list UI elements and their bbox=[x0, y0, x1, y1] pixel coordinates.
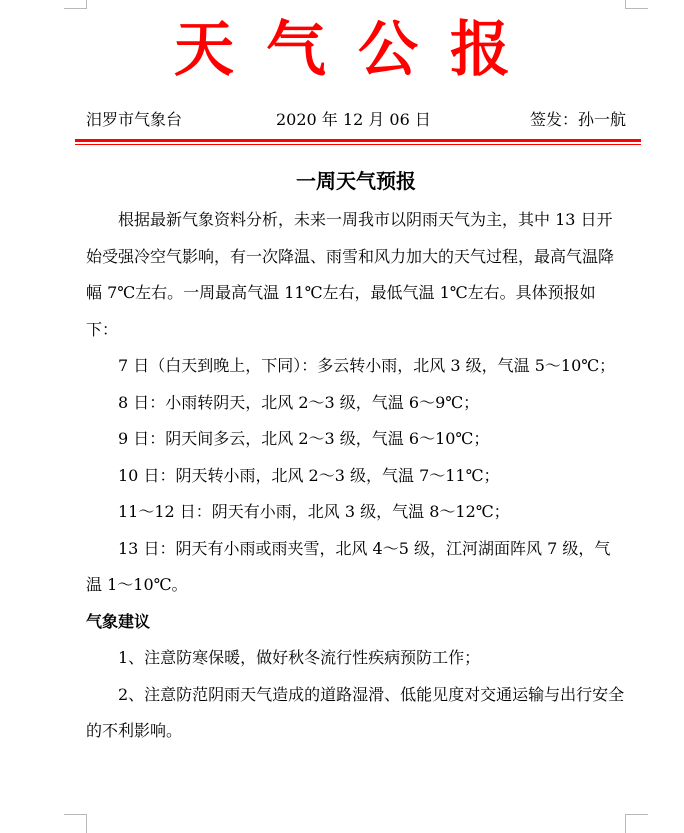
masthead-rule-thin bbox=[75, 144, 641, 145]
signed-by: 签发：孙一航 bbox=[530, 108, 626, 132]
issuing-organization: 汨罗市气象台 bbox=[86, 108, 182, 132]
masthead-rule-thick bbox=[75, 139, 641, 142]
forecast-item: 8 日：小雨转阴天，北风 2～3 级，气温 6～9℃； bbox=[86, 385, 626, 422]
forecast-item: 7 日（白天到晚上，下同）：多云转小雨，北风 3 级，气温 5～10℃； bbox=[86, 348, 626, 385]
masthead-title: 天气公报 bbox=[0, 14, 684, 86]
masthead-meta-row: 汨罗市气象台 2020 年 12 月 06 日 签发：孙一航 bbox=[86, 108, 626, 132]
page-corner-mark-bottom-left bbox=[64, 814, 87, 833]
issue-date: 2020 年 12 月 06 日 bbox=[276, 108, 431, 132]
intro-paragraph: 根据最新气象资料分析，未来一周我市以阴雨天气为主，其中 13 日开始受强冷空气影… bbox=[86, 202, 626, 348]
forecast-item: 13 日：阴天有小雨或雨夹雪，北风 4～5 级，江河湖面阵风 7 级，气温 1～… bbox=[86, 531, 626, 604]
document-title: 一周天气预报 bbox=[86, 166, 626, 196]
page-corner-mark-bottom-right bbox=[625, 814, 648, 833]
advice-item: 1、注意防寒保暖，做好秋冬流行性疾病预防工作； bbox=[86, 640, 626, 677]
page-corner-mark-top-left bbox=[64, 0, 87, 9]
advice-item: 2、注意防范阴雨天气造成的道路湿滑、低能见度对交通运输与出行安全的不利影响。 bbox=[86, 677, 626, 750]
advice-heading: 气象建议 bbox=[86, 604, 626, 641]
page-corner-mark-top-right bbox=[625, 0, 648, 9]
forecast-item: 11～12 日：阴天有小雨，北风 3 级，气温 8～12℃； bbox=[86, 494, 626, 531]
document-body: 一周天气预报 根据最新气象资料分析，未来一周我市以阴雨天气为主，其中 13 日开… bbox=[86, 166, 626, 750]
forecast-item: 9 日：阴天间多云，北风 2～3 级，气温 6～10℃； bbox=[86, 421, 626, 458]
forecast-item: 10 日：阴天转小雨，北风 2～3 级，气温 7～11℃； bbox=[86, 458, 626, 495]
